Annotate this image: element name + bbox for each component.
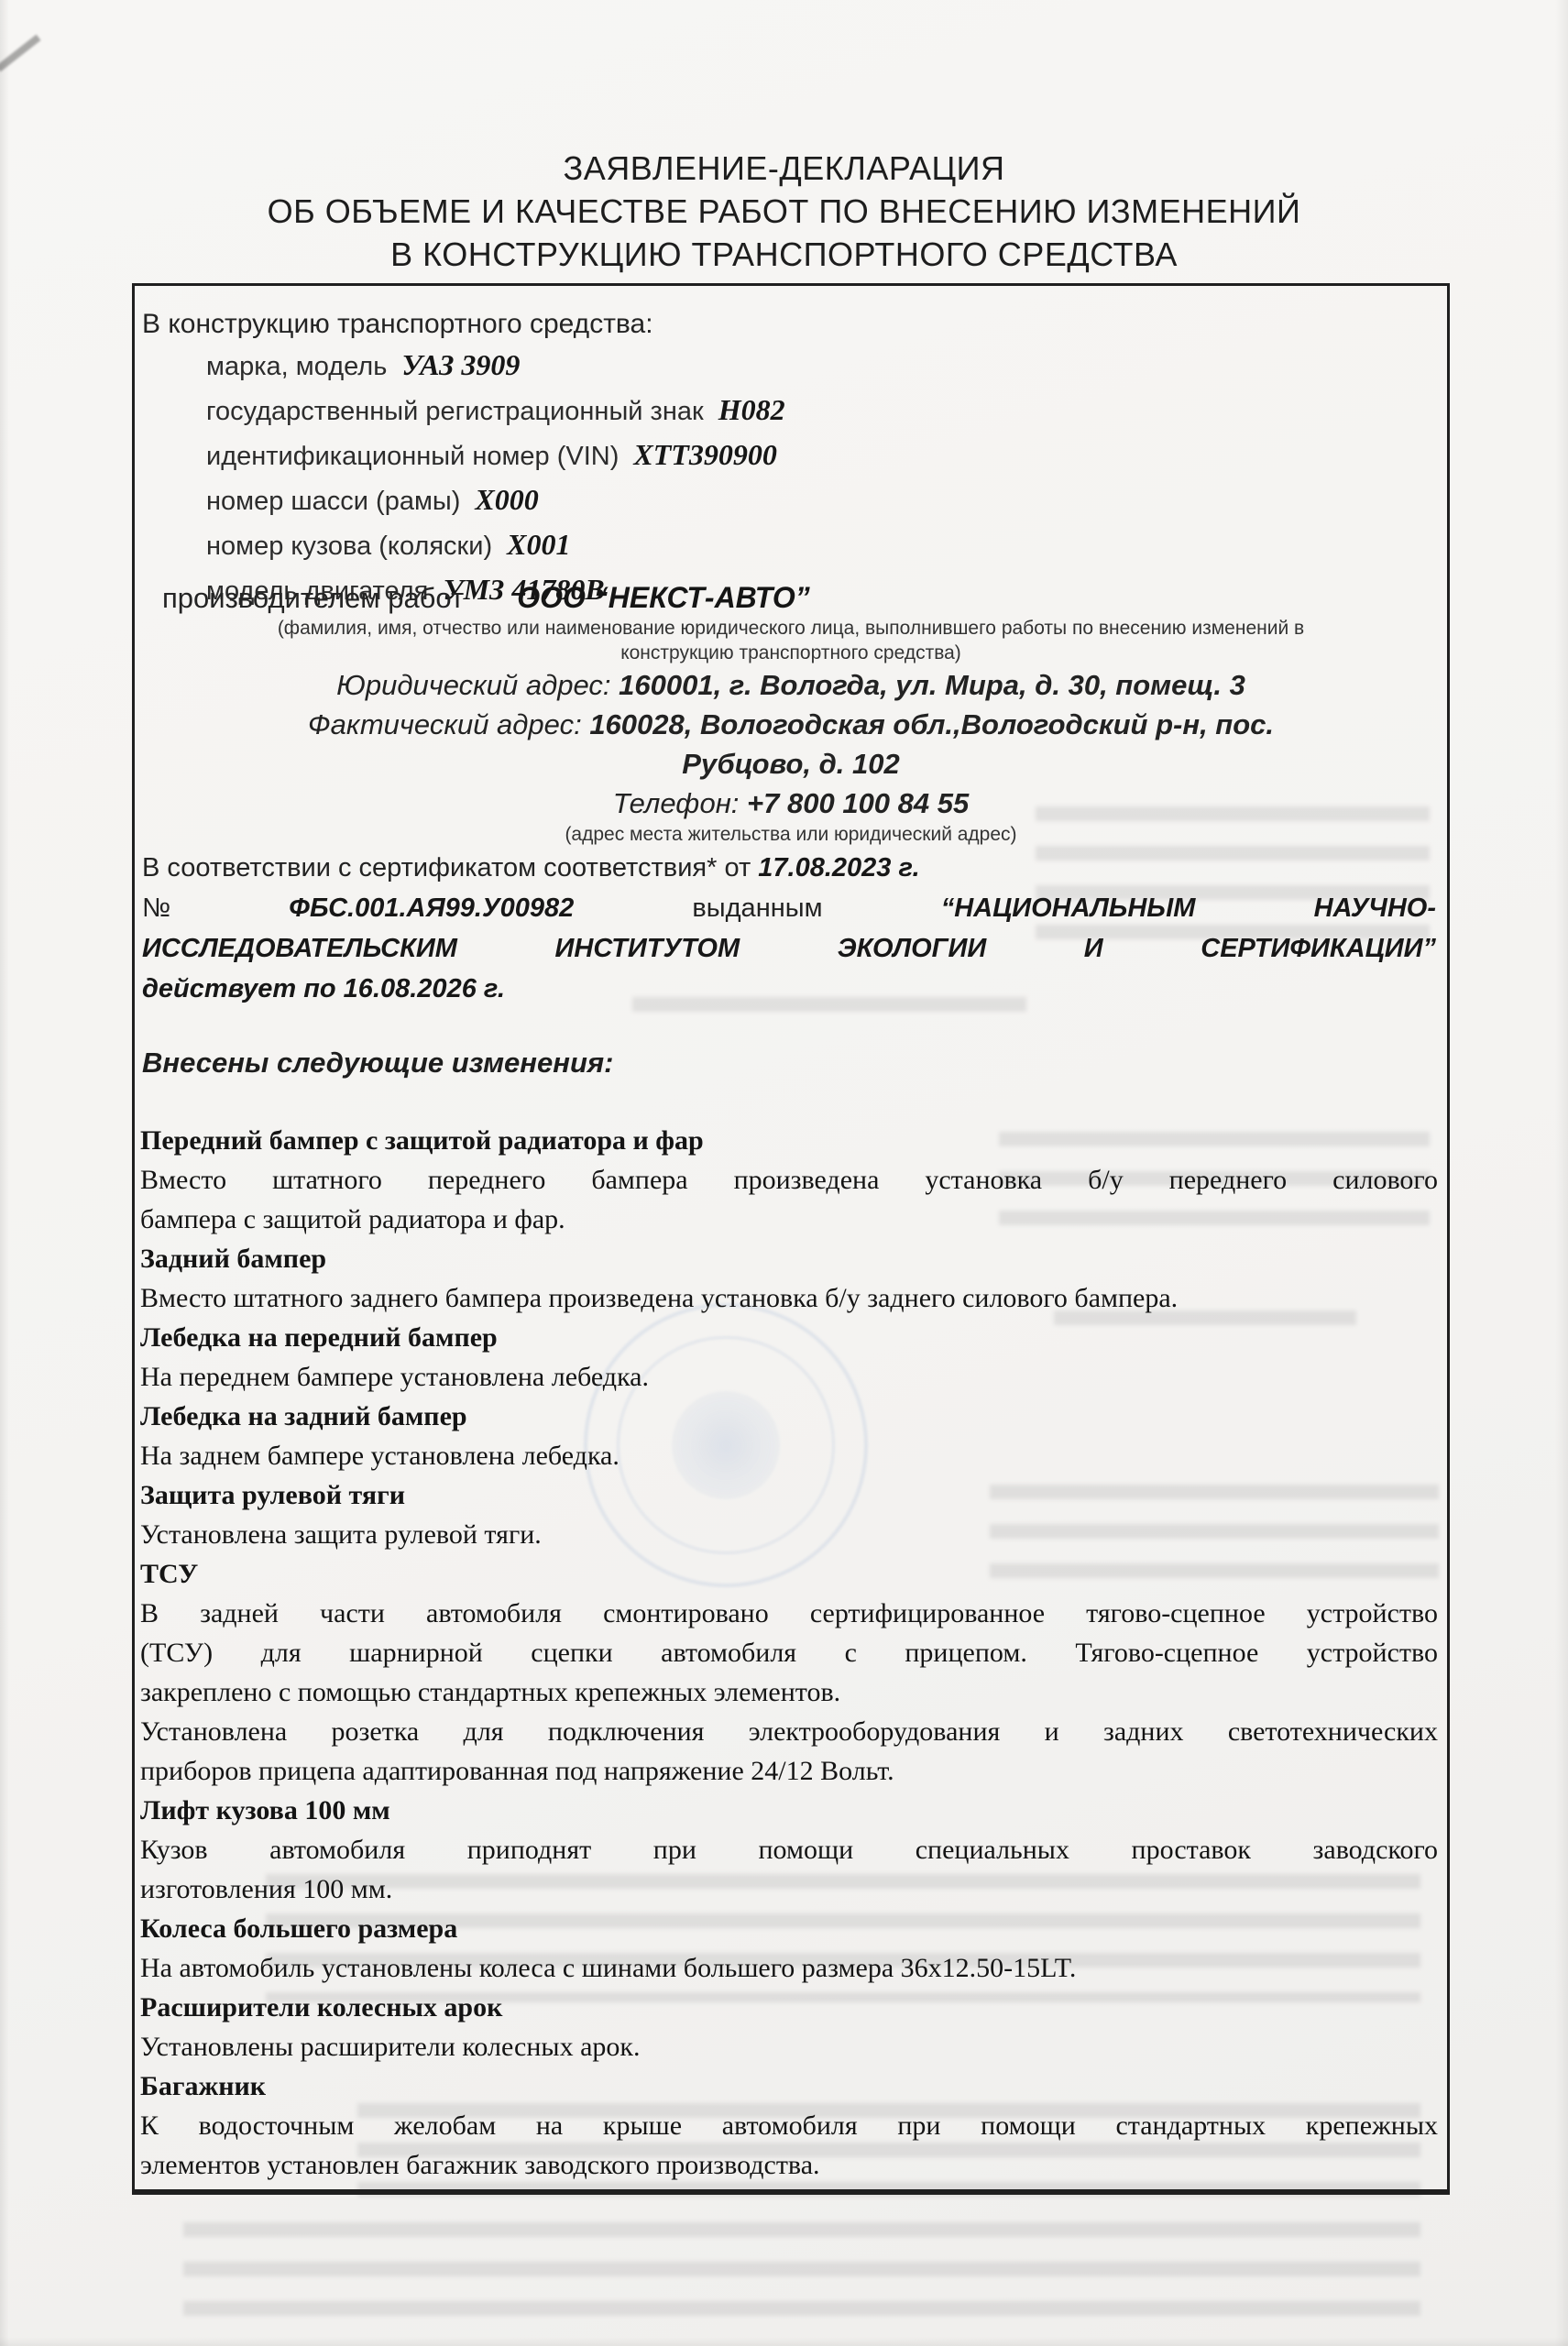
field-value: X000: [475, 483, 538, 516]
change-section-title: Лебедка на задний бампер: [140, 1397, 1438, 1436]
document-title-line: ЗАЯВЛЕНИЕ-ДЕКЛАРАЦИЯ: [0, 147, 1568, 190]
scan-edge-shadow: [0, 0, 9, 2346]
change-section-text-line: На переднем бампере установлена лебедка.: [140, 1357, 1438, 1397]
change-section-text-line: На автомобиль установлены колеса с шинам…: [140, 1948, 1438, 1988]
change-section-text-line: элементов установлен багажник заводского…: [140, 2145, 1438, 2185]
certificate-block: В соответствии с сертификатом соответств…: [142, 848, 1436, 1009]
change-section-text-line: закреплено с помощью стандартных крепежн…: [140, 1672, 1438, 1712]
producer-value: ООО “НЕКСТ-АВТО”: [517, 581, 810, 614]
contacts-block: Юридический адрес: 160001, г. Вологда, у…: [135, 665, 1447, 823]
change-section-title: ТСУ: [140, 1554, 1438, 1594]
change-section-title: Багажник: [140, 2066, 1438, 2106]
document-title-line: ОБ ОБЪЕМЕ И КАЧЕСТВЕ РАБОТ ПО ВНЕСЕНИЮ И…: [0, 190, 1568, 233]
change-section-text-line: (ТСУ) для шарнирной сцепки автомобиля с …: [140, 1633, 1438, 1672]
certificate-token: ФБС.001.АЯ99.У00982: [289, 888, 574, 928]
certificate-line2: №ФБС.001.АЯ99.У00982выданным“НАЦИОНАЛЬНЫ…: [142, 888, 1436, 928]
phone-row: Телефон: +7 800 100 84 55: [135, 784, 1447, 823]
certificate-token: №: [142, 888, 170, 928]
field-label: номер кузова (коляски): [206, 532, 492, 561]
change-section-title: Передний бампер с защитой радиатора и фа…: [140, 1121, 1438, 1160]
document-title-line: В КОНСТРУКЦИЮ ТРАНСПОРТНОГО СРЕДСТВА: [0, 233, 1568, 276]
phone-label: Телефон:: [613, 787, 740, 819]
change-section-text-line: бампера с защитой радиатора и фар.: [140, 1200, 1438, 1239]
change-section-title: Колеса большего размера: [140, 1909, 1438, 1948]
actual-address-row: Фактический адрес: 160028, Вологодская о…: [135, 705, 1447, 744]
legal-address-row: Юридический адрес: 160001, г. Вологда, у…: [135, 665, 1447, 705]
address-footnote: (адрес места жительства или юридический …: [135, 823, 1447, 847]
change-section-text-line: В задней части автомобиля смонтировано с…: [140, 1594, 1438, 1633]
certificate-token: НАУЧНО-: [1314, 888, 1436, 928]
change-section-text-line: Установлена розетка для подключения элек…: [140, 1712, 1438, 1751]
vehicle-field-row: государственный регистрационный знакН082: [206, 390, 785, 435]
change-section-text-line: Вместо штатного заднего бампера произвед…: [140, 1278, 1438, 1318]
changes-list: Передний бампер с защитой радиатора и фа…: [140, 1121, 1438, 2185]
field-label: марка, модель: [206, 352, 387, 381]
certificate-line1: В соответствии с сертификатом соответств…: [142, 848, 1436, 888]
scanned-document-page: ЗАЯВЛЕНИЕ-ДЕКЛАРАЦИЯ ОБ ОБЪЕМЕ И КАЧЕСТВ…: [0, 0, 1568, 2346]
producer-footnote: (фамилия, имя, отчество или наименование…: [135, 616, 1447, 665]
scan-corner-artifact: [0, 35, 41, 72]
bleedthrough-artifact: [183, 2213, 1420, 2337]
actual-address-label: Фактический адрес:: [308, 708, 582, 740]
change-section-title: Защита рулевой тяги: [140, 1475, 1438, 1515]
change-section-text-line: На заднем бампере установлена лебедка.: [140, 1436, 1438, 1475]
vehicle-field-row: номер кузова (коляски)X001: [206, 525, 785, 570]
certificate-date: 17.08.2023 г.: [758, 853, 919, 882]
scan-edge-shadow: [1555, 0, 1568, 2346]
certificate-token: ЭКОЛОГИИ: [838, 928, 986, 969]
change-section-text-line: Установлены расширители колесных арок.: [140, 2027, 1438, 2066]
legal-address-value: 160001, г. Вологда, ул. Мира, д. 30, пом…: [619, 669, 1245, 701]
field-value: X001: [507, 528, 570, 561]
certificate-token: “НАЦИОНАЛЬНЫМ: [941, 888, 1196, 928]
change-section-text-line: Установлена защита рулевой тяги.: [140, 1515, 1438, 1554]
field-value: Н082: [718, 393, 785, 426]
certificate-token: ИНСТИТУТОМ: [555, 928, 740, 969]
change-section-text-line: Вместо штатного переднего бампера произв…: [140, 1160, 1438, 1200]
phone-value: +7 800 100 84 55: [747, 787, 969, 819]
certificate-validity: действует по 16.08.2026 г.: [142, 969, 1436, 1009]
field-label: государственный регистрационный знак: [206, 397, 704, 426]
vehicle-field-row: идентификационный номер (VIN)XTT390900: [206, 435, 785, 480]
legal-address-label: Юридический адрес:: [336, 669, 610, 701]
producer-footnote-line: конструкцию транспортного средства): [135, 641, 1447, 665]
producer-label: производителем работ: [162, 582, 464, 614]
change-section-title: Лебедка на передний бампер: [140, 1318, 1438, 1357]
certificate-token: ИССЛЕДОВАТЕЛЬСКИМ: [142, 928, 457, 969]
change-section-title: Задний бампер: [140, 1239, 1438, 1278]
vehicle-field-row: марка, модельУАЗ 3909: [206, 345, 785, 390]
changes-heading: Внесены следующие изменения:: [142, 1043, 613, 1083]
change-section-text-line: К водосточным желобам на крыше автомобил…: [140, 2106, 1438, 2145]
field-label: номер шасси (рамы): [206, 487, 460, 516]
field-value: XTT390900: [633, 438, 776, 471]
declaration-form-box: В конструкцию транспортного средства: ма…: [132, 283, 1450, 2195]
document-title: ЗАЯВЛЕНИЕ-ДЕКЛАРАЦИЯ ОБ ОБЪЕМЕ И КАЧЕСТВ…: [0, 147, 1568, 276]
change-section-text-line: Кузов автомобиля приподнят при помощи сп…: [140, 1830, 1438, 1869]
producer-footnote-line: (фамилия, имя, отчество или наименование…: [135, 616, 1447, 641]
change-section-title: Лифт кузова 100 мм: [140, 1791, 1438, 1830]
change-section-text-line: изготовления 100 мм.: [140, 1869, 1438, 1909]
field-label: идентификационный номер (VIN): [206, 442, 619, 471]
certificate-line3: ИССЛЕДОВАТЕЛЬСКИМИНСТИТУТОМЭКОЛОГИИИСЕРТ…: [142, 928, 1436, 969]
change-section-text-line: приборов прицепа адаптированная под напр…: [140, 1751, 1438, 1791]
vehicle-section-intro: В конструкцию транспортного средства:: [142, 306, 653, 343]
vehicle-field-row: номер шасси (рамы)X000: [206, 480, 785, 525]
certificate-token: СЕРТИФИКАЦИИ”: [1201, 928, 1436, 969]
certificate-token: И: [1084, 928, 1103, 969]
certificate-token: выданным: [692, 888, 822, 928]
certificate-prefix: В соответствии с сертификатом соответств…: [142, 853, 751, 882]
actual-address-value-line2: Рубцово, д. 102: [135, 744, 1447, 784]
actual-address-value: 160028, Вологодская обл.,Вологодский р-н…: [589, 708, 1274, 740]
field-value: УАЗ 3909: [401, 348, 520, 381]
change-section-title: Расширители колесных арок: [140, 1988, 1438, 2027]
scan-edge-shadow: [0, 2337, 1568, 2346]
